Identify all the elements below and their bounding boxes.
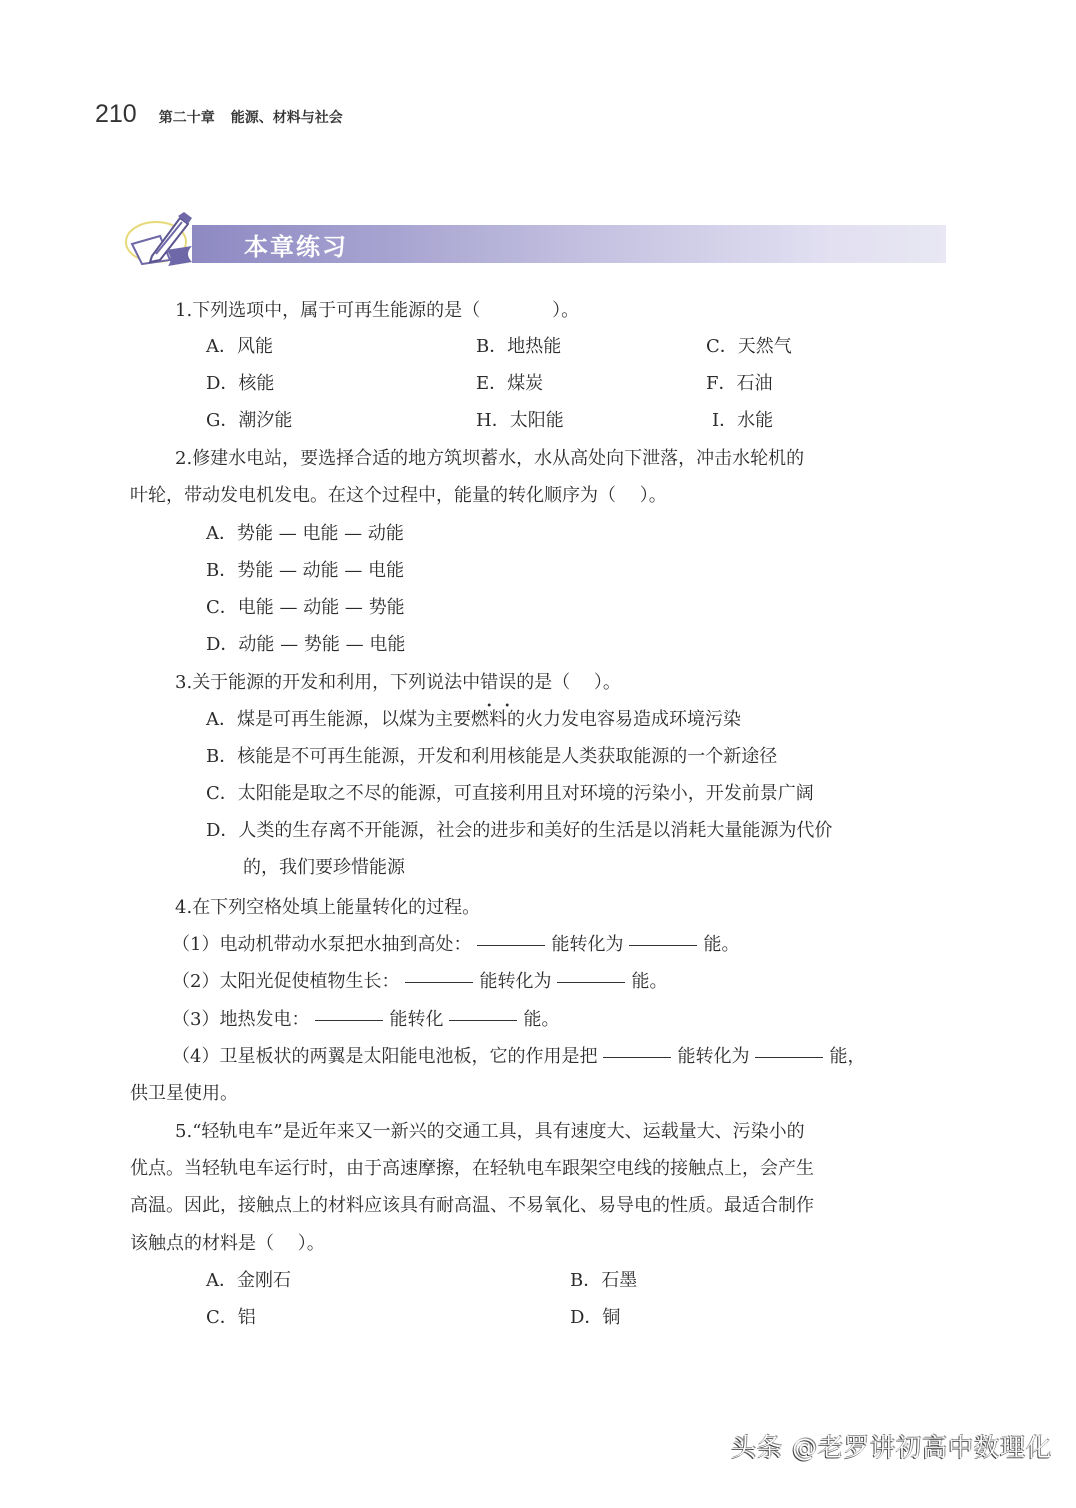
fill-label: （2）太阳光促使植物生长： [172,971,399,992]
option-2d: D．动能 — 势能 — 电能 [206,626,405,663]
option-1c: C．天然气 [706,328,792,365]
answer-blank[interactable] [755,1056,823,1058]
answer-blank[interactable] [449,1019,517,1021]
pencil-notebook-icon [122,210,202,268]
fill-end: 能， [829,1046,865,1067]
option-3d-continuation: 的，我们要珍惜能源 [243,849,405,886]
option-5a: A．金刚石 [206,1262,291,1299]
fill-end: 能。 [703,934,739,955]
question-number: 2. [175,448,192,469]
fill-mid: 能转化为 [551,934,623,955]
chapter-label: 第二十章 [159,107,215,127]
emphasis-text: 误 [498,672,516,693]
question-number: 3. [175,672,192,693]
answer-blank[interactable] [557,981,625,983]
question-5: 5.“轻轨电车”是近年来又一新兴的交通工具，具有速度大、运载量大、污染小的 [175,1113,805,1150]
fill-item-2: （2）太阳光促使植物生长：能转化为能。 [172,963,667,1000]
question-1: 1.下列选项中，属于可再生能源的是（ ）。 [175,292,579,329]
question-number: 1. [175,300,192,321]
section-banner: 本章练习 [122,210,946,268]
option-3c: C．太阳能是取之不尽的能源，可直接利用且对环境的污染小，开发前景广阔 [206,775,814,812]
option-3d: D．人类的生存离不开能源，社会的进步和美好的生活是以消耗大量能源为代价 [206,812,832,849]
question-3: 3.关于能源的开发和利用，下列说法中错误的是（ ）。 [175,664,621,701]
question-number: 4. [175,897,192,918]
fill-item-3: （3）地热发电：能转化能。 [172,1001,559,1038]
chapter-title: 能源、材料与社会 [231,107,343,127]
fill-item-4: （4）卫星板状的两翼是太阳能电池板，它的作用是把能转化为能， [172,1038,865,1075]
answer-blank[interactable] [629,944,697,946]
option-1a: A．风能 [206,328,273,365]
answer-blank[interactable] [315,1019,383,1021]
fill-item-1: （1）电动机带动水泵把水抽到高处：能转化为能。 [172,926,739,963]
option-1i: I．水能 [712,402,773,439]
option-1f: F．石油 [706,365,773,402]
question-stem-suffix: 的是（ ）。 [516,672,621,693]
fill-end: 能。 [631,971,667,992]
question-stem: “轻轨电车”是近年来又一新兴的交通工具，具有速度大、运载量大、污染小的 [192,1121,804,1142]
question-5-line-3: 高温。因此，接触点上的材料应该具有耐高温、不易氧化、易导电的性质。最适合制作 [130,1187,814,1224]
page-number: 210 [95,100,137,129]
fill-mid: 能转化为 [677,1046,749,1067]
question-4: 4.在下列空格处填上能量转化的过程。 [175,889,480,926]
option-5c: C．铝 [206,1299,256,1336]
option-2b: B．势能 — 动能 — 电能 [206,552,404,589]
section-title: 本章练习 [244,227,348,262]
question-stem: 下列选项中，属于可再生能源的是（ ）。 [192,300,579,321]
option-1b: B．地热能 [476,328,561,365]
fill-end: 能。 [523,1009,559,1030]
option-1g: G．潮汐能 [206,402,292,439]
option-3b: B．核能是不可再生能源，开发和利用核能是人类获取能源的一个新途径 [206,738,777,775]
option-5d: D．铜 [570,1299,620,1336]
question-2-continuation: 叶轮，带动发电机发电。在这个过程中，能量的转化顺序为（ ）。 [130,477,667,514]
fill-mid: 能转化为 [479,971,551,992]
option-3a: A．煤是可再生能源，以煤为主要燃料的火力发电容易造成环境污染 [206,701,741,738]
option-2a: A．势能 — 电能 — 动能 [206,515,404,552]
fill-label: （4）卫星板状的两翼是太阳能电池板，它的作用是把 [172,1046,597,1067]
fill-mid: 能转化 [389,1009,443,1030]
option-1d: D．核能 [206,365,274,402]
option-1h: H．太阳能 [476,402,564,439]
page-header: 210 第二十章 能源、材料与社会 [95,100,343,129]
option-1e: E．煤炭 [476,365,543,402]
answer-blank[interactable] [477,944,545,946]
option-2c: C．电能 — 动能 — 势能 [206,589,405,626]
answer-blank[interactable] [405,981,473,983]
fill-label: （3）地热发电： [172,1009,309,1030]
answer-blank[interactable] [603,1056,671,1058]
emphasis-text: 错 [480,672,498,693]
question-5-line-4: 该触点的材料是（ ）。 [130,1225,325,1262]
question-5-line-2: 优点。当轻轨电车运行时，由于高速摩擦，在轻轨电车跟架空电线的接触点上，会产生 [130,1150,814,1187]
question-stem: 修建水电站，要选择合适的地方筑坝蓄水，水从高处向下泄落，冲击水轮机的 [192,448,804,469]
question-number: 5. [175,1121,192,1142]
question-stem: 在下列空格处填上能量转化的过程。 [192,897,480,918]
question-2: 2.修建水电站，要选择合适的地方筑坝蓄水，水从高处向下泄落，冲击水轮机的 [175,440,804,477]
fill-label: （1）电动机带动水泵把水抽到高处： [172,934,471,955]
option-5b: B．石墨 [570,1262,637,1299]
watermark: 头条 @老罗讲初高中数理化 [731,1428,1052,1464]
question-stem: 关于能源的开发和利用，下列说法中 [192,672,480,693]
fill-item-4-continuation: 供卫星使用。 [130,1075,238,1112]
